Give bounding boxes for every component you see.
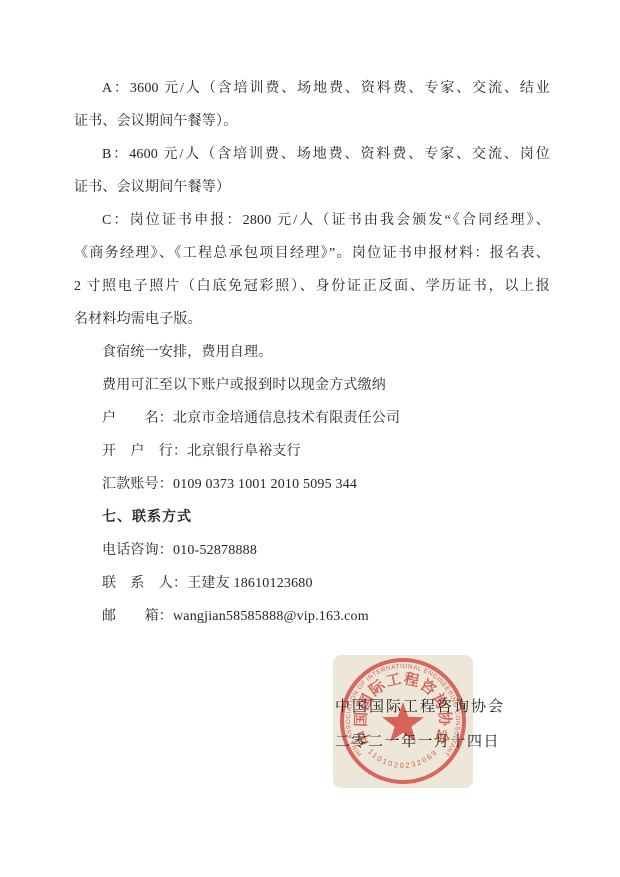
email-line: 邮 箱：wangjian58585888@vip.163.com	[74, 600, 550, 633]
official-seal-image: CHINA ASSOCIATION OF INTERNATIONAL ENGIN…	[333, 651, 473, 791]
fee-option-b-line1: B：4600 元/人（含培训费、场地费、资料费、专家、交流、岗位	[74, 138, 550, 171]
bank-name-line: 开 户 行：北京银行阜裕支行	[74, 435, 550, 468]
document-body: A：3600 元/人（含培训费、场地费、资料费、专家、交流、结业 证书、会议期间…	[74, 72, 550, 633]
fee-option-c-line3: 2 寸照电子照片（白底免冠彩照）、身份证正反面、学历证书，以上报	[74, 270, 550, 303]
payment-note: 费用可汇至以下账户或报到时以现金方式缴纳	[74, 369, 550, 402]
signature-org: 中国国际工程咨询协会	[335, 696, 505, 718]
fee-option-a-line1: A：3600 元/人（含培训费、场地费、资料费、专家、交流、结业	[74, 72, 550, 105]
fee-option-b-line2: 证书、会议期间午餐等）	[74, 171, 550, 204]
document-page: A：3600 元/人（含培训费、场地费、资料费、专家、交流、结业 证书、会议期间…	[0, 0, 620, 877]
section-heading-contact: 七、联系方式	[74, 501, 550, 534]
official-seal: CHINA ASSOCIATION OF INTERNATIONAL ENGIN…	[333, 651, 473, 791]
signature-date: 二零二一年一月十四日	[335, 731, 500, 753]
account-name-line: 户 名：北京市金培通信息技术有限责任公司	[74, 402, 550, 435]
accommodation-note: 食宿统一安排，费用自理。	[74, 336, 550, 369]
account-number-line: 汇款账号：0109 0373 1001 2010 5095 344	[74, 468, 550, 501]
fee-option-a-line2: 证书、会议期间午餐等）。	[74, 105, 550, 138]
contact-person-line: 联 系 人：王建友 18610123680	[74, 567, 550, 600]
fee-option-c-line1: C：岗位证书申报：2800 元/人（证书由我会颁发“《合同经理》、	[74, 204, 550, 237]
fee-option-c-line2: 《商务经理》、《工程总承包项目经理》”。岗位证书申报材料：报名表、	[74, 237, 550, 270]
fee-option-c-line4: 名材料均需电子版。	[74, 303, 550, 336]
phone-line: 电话咨询：010-52878888	[74, 534, 550, 567]
